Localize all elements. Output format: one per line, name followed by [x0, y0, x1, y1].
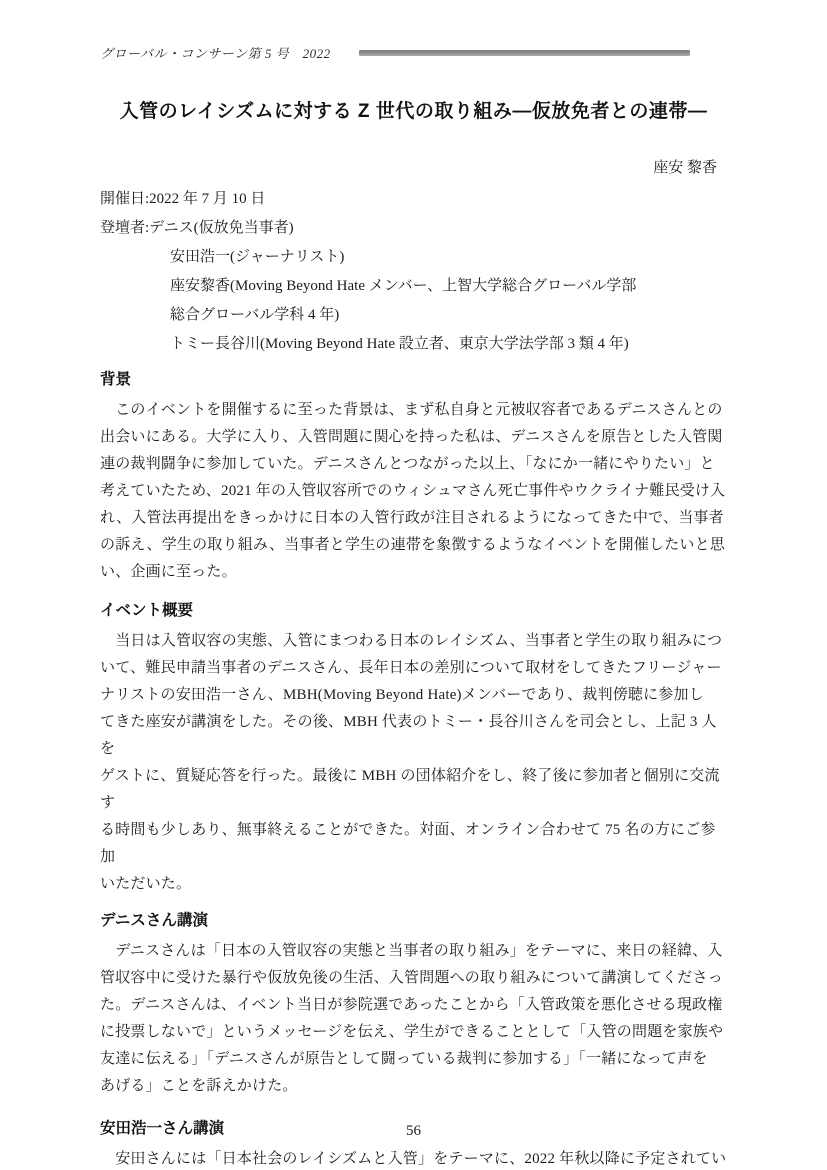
section-denis-lecture: デニスさん講演 デニスさんは「日本の入管収容の実態と当事者の取り組み」をテーマに… — [100, 910, 727, 1100]
page-number: 56 — [0, 1123, 827, 1140]
section-heading-event-summary: イベント概要 — [100, 600, 727, 622]
section-heading-denis-lecture: デニスさん講演 — [100, 910, 727, 932]
journal-page: グローバル・コンサーン第 5 号 2022 入管のレイシズムに対する Z 世代の… — [0, 0, 827, 1170]
article-title: 入管のレイシズムに対する Z 世代の取り組み―仮放免者との連帯― — [60, 98, 767, 126]
article-author: 座安 黎香 — [100, 156, 727, 180]
event-date: 開催日:2022 年 7 月 10 日 — [100, 185, 727, 214]
section-heading-background: 背景 — [100, 369, 727, 391]
section-body-background: このイベントを開催するに至った背景は、まず私自身と元被収容者であるデニスさんとの… — [100, 397, 727, 586]
event-speakers: 登壇者:デニス(仮放免当事者) — [100, 214, 727, 243]
section-event-summary: イベント概要 当日は入管収容の実態、入管にまつわる日本のレイシズム、当事者と学生… — [100, 600, 727, 898]
section-body-denis-lecture: デニスさんは「日本の入管収容の実態と当事者の取り組み」をテーマに、来日の経緯、入… — [100, 938, 727, 1100]
event-meta: 開催日:2022 年 7 月 10 日 登壇者:デニス(仮放免当事者) 安田浩一… — [100, 185, 727, 359]
header-rule — [359, 50, 690, 56]
journal-title: グローバル・コンサーン第 5 号 2022 — [100, 43, 331, 62]
running-header: グローバル・コンサーン第 5 号 2022 — [100, 0, 727, 62]
section-body-yasuda-lecture: 安田さんには「日本社会のレイシズムと入管」をテーマに、2022 年秋以降に予定さ… — [100, 1146, 727, 1170]
section-background: 背景 このイベントを開催するに至った背景は、まず私自身と元被収容者であるデニスさ… — [100, 369, 727, 586]
event-speakers-continued: 安田浩一(ジャーナリスト) 座安黎香(Moving Beyond Hate メン… — [100, 243, 727, 359]
section-body-event-summary: 当日は入管収容の実態、入管にまつわる日本のレイシズム、当事者と学生の取り組みにつ… — [100, 628, 727, 898]
